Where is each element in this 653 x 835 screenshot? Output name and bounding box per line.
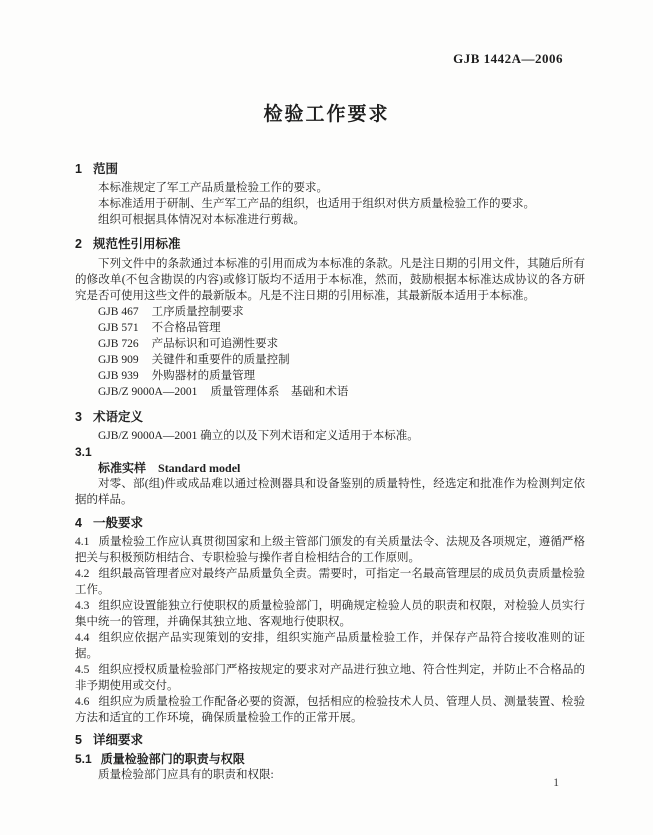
- document-body: 1范围 本标准规定了军工产品质量检验工作的要求。 本标准适用于研制、生产军工产品…: [75, 160, 585, 783]
- scope-paragraph-1: 本标准规定了军工产品质量检验工作的要求。: [75, 180, 585, 196]
- section-terms-number: 3: [75, 410, 82, 424]
- document-page: GJB 1442A—2006 检验工作要求 1范围 本标准规定了军工产品质量检验…: [0, 0, 653, 835]
- section-scope-heading: 1范围: [75, 160, 585, 178]
- terms-intro: GJB/Z 9000A—2001 确立的以及下列术语和定义适用于本标准。: [75, 428, 585, 444]
- section-scope-title: 范围: [93, 162, 118, 176]
- reference-item: GJB 467工序质量控制要求: [98, 304, 585, 320]
- clause-text: 组织应为质量检验工作配备必要的资源，包括相应的检验技术人员、管理人员、测量装置、…: [75, 696, 585, 724]
- scope-paragraph-3: 组织可根据具体情况对本标准进行剪裁。: [75, 212, 585, 228]
- reference-item: GJB 939外购器材的质量管理: [98, 368, 585, 384]
- subsection-5-1-heading: 5.1质量检验部门的职责与权限: [75, 751, 585, 767]
- clause-number: 4.1: [75, 536, 89, 548]
- section-general-number: 4: [75, 516, 82, 530]
- section-scope-number: 1: [75, 162, 82, 176]
- document-title: 检验工作要求: [0, 99, 653, 126]
- references-intro: 下列文件中的条款通过本标准的引用而成为本标准的条款。凡是注日期的引用文件，其随后…: [75, 256, 585, 304]
- reference-title: 产品标识和可追溯性要求: [152, 338, 279, 350]
- section-terms-heading: 3术语定义: [75, 408, 585, 426]
- clause-number: 4.2: [75, 568, 89, 580]
- term-name-cn: 标准实样: [98, 461, 146, 475]
- section-detailed-title: 详细要求: [93, 733, 143, 747]
- term-name-en: Standard model: [158, 461, 240, 475]
- subsection-number: 5.1: [75, 752, 92, 766]
- clause-4-5: 4.5组织应授权质量检验部门严格按规定的要求对产品进行独立地、符合性判定，并防止…: [75, 662, 585, 694]
- reference-code: GJB 726: [98, 338, 139, 350]
- reference-code: GJB 467: [98, 306, 139, 318]
- clause-number: 4.3: [75, 600, 89, 612]
- section-general-title: 一般要求: [93, 516, 143, 530]
- term-clause-number: 3.1: [75, 444, 585, 460]
- reference-title: 关键件和重要件的质量控制: [152, 354, 290, 366]
- clause-4-1: 4.1质量检验工作应认真贯彻国家和上级主管部门颁发的有关质量法令、法规及各项规定…: [75, 534, 585, 566]
- reference-item: GJB 571不合格品管理: [98, 320, 585, 336]
- reference-title: 外购器材的质量管理: [152, 370, 256, 382]
- clause-4-2: 4.2组织最高管理者应对最终产品质量负全责。需要时，可指定一名最高管理层的成员负…: [75, 566, 585, 598]
- clause-number: 4.5: [75, 664, 89, 676]
- scope-paragraph-2: 本标准适用于研制、生产军工产品的组织，也适用于组织对供方质量检验工作的要求。: [75, 196, 585, 212]
- reference-code: GJB/Z 9000A—2001: [98, 386, 197, 398]
- clause-number: 4.6: [75, 696, 89, 708]
- reference-code: GJB 571: [98, 322, 139, 334]
- detailed-paragraph-1: 质量检验部门应具有的职责和权限:: [75, 767, 585, 783]
- clause-text: 组织应授权质量检验部门严格按规定的要求对产品进行独立地、符合性判定，并防止不合格…: [75, 664, 585, 692]
- standard-number: GJB 1442A—2006: [453, 51, 563, 67]
- term-heading: 标准实样Standard model: [75, 460, 585, 476]
- reference-code: GJB 909: [98, 354, 139, 366]
- clause-text: 组织最高管理者应对最终产品质量负全责。需要时，可指定一名最高管理层的成员负责质量…: [75, 568, 585, 596]
- reference-title: 工序质量控制要求: [152, 306, 244, 318]
- references-list: GJB 467工序质量控制要求 GJB 571不合格品管理 GJB 726产品标…: [75, 304, 585, 400]
- section-general-heading: 4一般要求: [75, 514, 585, 532]
- reference-code: GJB 939: [98, 370, 139, 382]
- section-references-title: 规范性引用标准: [93, 237, 181, 251]
- section-references-number: 2: [75, 237, 82, 251]
- section-detailed-heading: 5详细要求: [75, 731, 585, 749]
- clause-number: 4.4: [75, 632, 89, 644]
- reference-title: 不合格品管理: [152, 322, 221, 334]
- clause-text: 质量检验工作应认真贯彻国家和上级主管部门颁发的有关质量法令、法规及各项规定，遵循…: [75, 536, 585, 564]
- section-detailed-number: 5: [75, 733, 82, 747]
- clause-4-4: 4.4组织应依据产品实现策划的安排，组织实施产品质量检验工作，并保存产品符合接收…: [75, 630, 585, 662]
- reference-item: GJB/Z 9000A—2001质量管理体系 基础和术语: [98, 384, 585, 400]
- clause-4-6: 4.6组织应为质量检验工作配备必要的资源，包括相应的检验技术人员、管理人员、测量…: [75, 694, 585, 726]
- subsection-title: 质量检验部门的职责与权限: [101, 752, 245, 766]
- reference-item: GJB 726产品标识和可追溯性要求: [98, 336, 585, 352]
- reference-item: GJB 909关键件和重要件的质量控制: [98, 352, 585, 368]
- page-number: 1: [553, 777, 559, 789]
- term-definition: 对零、部(组)件或成品难以通过检测器具和设备鉴别的质量特性，经选定和批准作为检测…: [75, 476, 585, 508]
- section-references-heading: 2规范性引用标准: [75, 235, 585, 253]
- clause-4-3: 4.3组织应设置能独立行使职权的质量检验部门，明确规定检验人员的职责和权限，对检…: [75, 598, 585, 630]
- clause-text: 组织应设置能独立行使职权的质量检验部门，明确规定检验人员的职责和权限，对检验人员…: [75, 600, 585, 628]
- reference-title: 质量管理体系 基础和术语: [210, 386, 348, 398]
- section-terms-title: 术语定义: [93, 410, 143, 424]
- clause-text: 组织应依据产品实现策划的安排，组织实施产品质量检验工作，并保存产品符合接收准则的…: [75, 632, 585, 660]
